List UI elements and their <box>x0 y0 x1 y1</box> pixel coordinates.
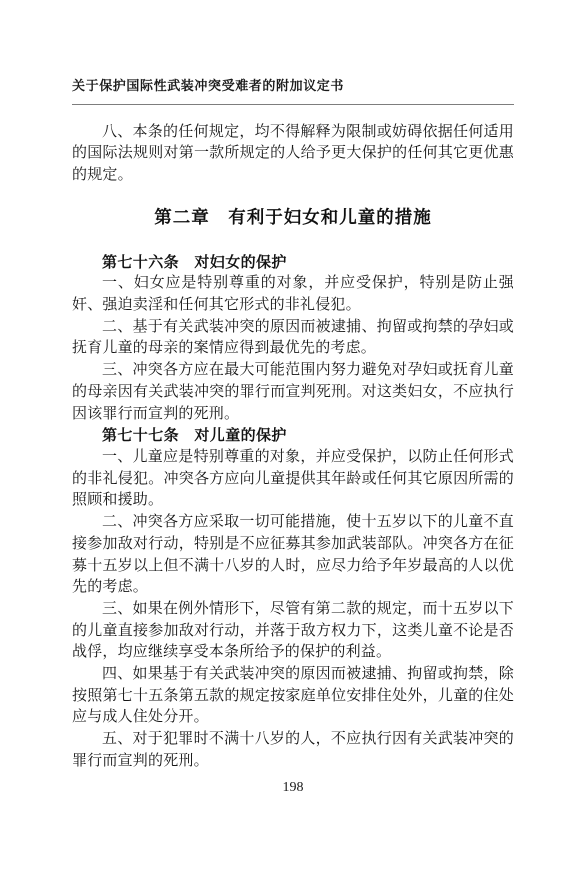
running-head-title: 关于保护国际性武装冲突受难者的附加议定书 <box>72 78 344 93</box>
chapter-2-heading: 第二章 有利于妇女和儿童的措施 <box>72 204 514 229</box>
article-77-paragraph-3: 三、如果在例外情形下，尽管有第二款的规定，而十五岁以下的儿童直接参加敌对行动，并… <box>72 599 514 664</box>
document-page: 关于保护国际性武装冲突受难者的附加议定书 八、本条的任何规定，均不得解释为限制或… <box>0 0 586 869</box>
closing-paragraph-8: 八、本条的任何规定，均不得解释为限制或妨碍依据任何适用的国际法规则对第一款所规定… <box>72 122 514 187</box>
article-77-heading: 第七十七条 对儿童的保护 <box>72 425 514 447</box>
page-number: 198 <box>283 780 304 795</box>
article-76-paragraph-1: 一、妇女应是特别尊重的对象，并应受保护，特别是防止强奸、强迫卖淫和任何其它形式的… <box>72 273 514 316</box>
document-body: 八、本条的任何规定，均不得解释为限制或妨碍依据任何适用的国际法规则对第一款所规定… <box>72 122 514 773</box>
article-76-paragraph-3: 三、冲突各方应在最大可能范围内努力避免对孕妇或抚育儿童的母亲因有关武装冲突的罪行… <box>72 360 514 425</box>
article-76-paragraph-2: 二、基于有关武装冲突的原因而被逮捕、拘留或拘禁的孕妇或抚育儿童的母亲的案情应得到… <box>72 317 514 360</box>
running-head: 关于保护国际性武装冲突受难者的附加议定书 <box>72 77 514 105</box>
article-76-heading: 第七十六条 对妇女的保护 <box>72 252 514 274</box>
article-77-paragraph-4: 四、如果基于有关武装冲突的原因而被逮捕、拘留或拘禁，除按照第七十五条第五款的规定… <box>72 664 514 729</box>
page-footer: 198 <box>0 778 586 796</box>
article-77-paragraph-1: 一、儿童应是特别尊重的对象，并应受保护，以防止任何形式的非礼侵犯。冲突各方应向儿… <box>72 447 514 512</box>
article-77-paragraph-5: 五、对于犯罪时不满十八岁的人，不应执行因有关武装冲突的罪行而宣判的死刑。 <box>72 729 514 772</box>
article-77-paragraph-2: 二、冲突各方应采取一切可能措施，使十五岁以下的儿童不直接参加敌对行动，特别是不应… <box>72 512 514 599</box>
